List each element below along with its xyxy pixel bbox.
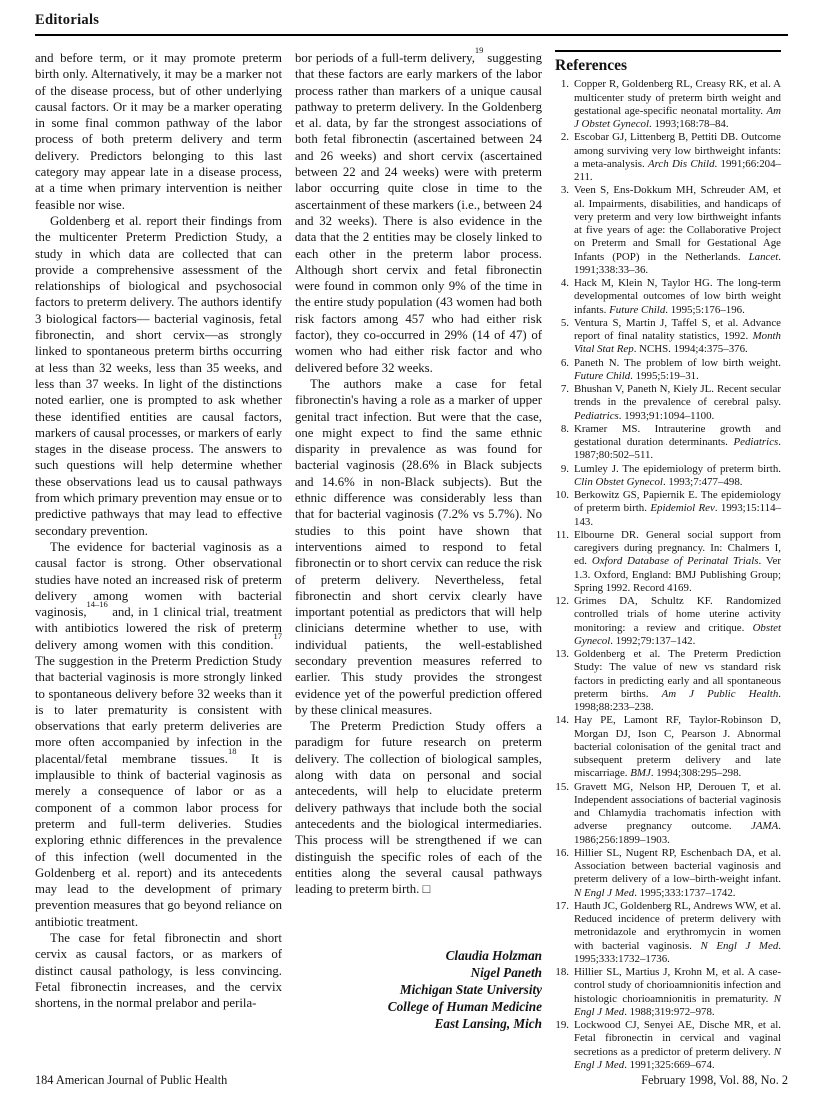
citation-superscript: 17 (274, 631, 283, 641)
references-list: 1.Copper R, Goldenberg RL, Creasy RK, et… (555, 78, 781, 1072)
reference-number: 13. (555, 648, 569, 661)
reference-item: 9.Lumley J. The epidemiology of preterm … (555, 463, 781, 490)
signature-line: Claudia Holzman (295, 947, 542, 964)
section-header: Editorials (35, 12, 788, 29)
author-signature-block: Claudia HolzmanNigel PanethMichigan Stat… (295, 947, 542, 1032)
reference-item: 18.Hillier SL, Martius J, Krohn M, et al… (555, 966, 781, 1019)
signature-line: Michigan State University (295, 981, 542, 998)
reference-number: 5. (555, 317, 569, 330)
references-column: References 1.Copper R, Goldenberg RL, Cr… (555, 50, 781, 1072)
signature-line: East Lansing, Mich (295, 1015, 542, 1032)
reference-number: 19. (555, 1019, 569, 1032)
journal-title: Am J Public Health (662, 688, 779, 700)
journal-title: Arch Dis Child (648, 158, 715, 170)
journal-title: N Engl J Med (574, 1046, 781, 1071)
reference-number: 4. (555, 277, 569, 290)
reference-item: 4.Hack M, Klein N, Taylor HG. The long-t… (555, 277, 781, 317)
reference-number: 7. (555, 383, 569, 396)
reference-number: 17. (555, 900, 569, 913)
journal-title: Lancet (749, 251, 779, 263)
reference-item: 6.Paneth N. The problem of low birth wei… (555, 357, 781, 384)
journal-title: Clin Obstet Gynecol (574, 476, 663, 488)
reference-number: 1. (555, 78, 569, 91)
reference-item: 17.Hauth JC, Goldenberg RL, Andrews WW, … (555, 900, 781, 966)
signature-line: College of Human Medicine (295, 998, 542, 1015)
journal-page: Editorials and before term, or it may pr… (0, 0, 816, 1112)
footer-left: 184 American Journal of Public Health (35, 1073, 227, 1088)
reference-number: 6. (555, 357, 569, 370)
paragraph: The case for fetal fibronectin and short… (35, 930, 282, 1011)
reference-item: 14.Hay PE, Lamont RF, Taylor-Robinson D,… (555, 714, 781, 780)
journal-title: Oxford Database of Perinatal Trials (592, 555, 759, 567)
journal-title: Obstet Gynecol (574, 622, 781, 647)
journal-title: Month Vital Stat Rep (574, 330, 781, 355)
page-number: 184 (35, 1073, 53, 1087)
citation-superscript: 18 (228, 746, 237, 756)
citation-superscript: 19 (475, 45, 484, 55)
journal-title: N Engl J Med (574, 887, 634, 899)
journal-title: N Engl J Med (574, 993, 781, 1018)
paragraph: The authors make a case for fetal fibron… (295, 376, 542, 718)
reference-item: 10.Berkowitz GS, Papiernik E. The epidem… (555, 489, 781, 529)
issue-info: February 1998, Vol. 88, No. 2 (641, 1073, 788, 1088)
reference-number: 12. (555, 595, 569, 608)
journal-title: N Engl J Med (700, 940, 778, 952)
citation-superscript: 14–16 (87, 599, 108, 609)
reference-number: 15. (555, 781, 569, 794)
content-columns: and before term, or it may promote prete… (35, 50, 788, 1072)
reference-number: 9. (555, 463, 569, 476)
left-column: and before term, or it may promote prete… (35, 50, 282, 1012)
journal-title: BMJ (630, 767, 651, 779)
middle-column-text: bor periods of a full-term delivery,19 s… (295, 50, 542, 897)
signature-line: Nigel Paneth (295, 964, 542, 981)
journal-title: Epidemiol Rev (650, 502, 714, 514)
paragraph: The evidence for bacterial vaginosis as … (35, 539, 282, 930)
journal-title: Pediatrics (574, 410, 619, 422)
journal-title: Pediatrics (734, 436, 779, 448)
reference-item: 8.Kramer MS. Intrauterine growth and ges… (555, 423, 781, 463)
reference-number: 3. (555, 184, 569, 197)
reference-number: 10. (555, 489, 569, 502)
reference-number: 2. (555, 131, 569, 144)
reference-item: 1.Copper R, Goldenberg RL, Creasy RK, et… (555, 78, 781, 131)
reference-item: 3.Veen S, Ens-Dokkum MH, Schreuder AM, e… (555, 184, 781, 277)
reference-number: 16. (555, 847, 569, 860)
header-rule (35, 34, 788, 36)
reference-item: 5.Ventura S, Martin J, Taffel S, et al. … (555, 317, 781, 357)
journal-title: Future Child (574, 370, 630, 382)
middle-column: bor periods of a full-term delivery,19 s… (295, 50, 542, 1032)
paragraph: and before term, or it may promote prete… (35, 50, 282, 213)
reference-item: 7.Bhushan V, Paneth N, Kiely JL. Recent … (555, 383, 781, 423)
paragraph: Goldenberg et al. report their findings … (35, 213, 282, 539)
reference-item: 15.Gravett MG, Nelson HP, Derouen T, et … (555, 781, 781, 847)
reference-item: 16.Hillier SL, Nugent RP, Eschenbach DA,… (555, 847, 781, 900)
reference-number: 14. (555, 714, 569, 727)
journal-title: JAMA (751, 820, 778, 832)
journal-title: Future Child (609, 304, 665, 316)
journal-title: Am J Obstet Gynecol (574, 105, 781, 130)
references-heading: References (555, 59, 781, 72)
reference-number: 8. (555, 423, 569, 436)
reference-item: 13.Goldenberg et al. The Preterm Predict… (555, 648, 781, 714)
paragraph: bor periods of a full-term delivery,19 s… (295, 50, 542, 376)
reference-number: 18. (555, 966, 569, 979)
paragraph: The Preterm Prediction Study offers a pa… (295, 718, 542, 897)
reference-item: 12.Grimes DA, Schultz KF. Randomized con… (555, 595, 781, 648)
references-rule (555, 50, 781, 52)
page-footer: 184 American Journal of Public Health Fe… (35, 1073, 788, 1088)
reference-item: 19.Lockwood CJ, Senyei AE, Dische MR, et… (555, 1019, 781, 1072)
reference-number: 11. (555, 529, 569, 542)
journal-name: American Journal of Public Health (56, 1073, 227, 1087)
reference-item: 2.Escobar GJ, Littenberg B, Pettiti DB. … (555, 131, 781, 184)
reference-item: 11.Elbourne DR. General social support f… (555, 529, 781, 595)
